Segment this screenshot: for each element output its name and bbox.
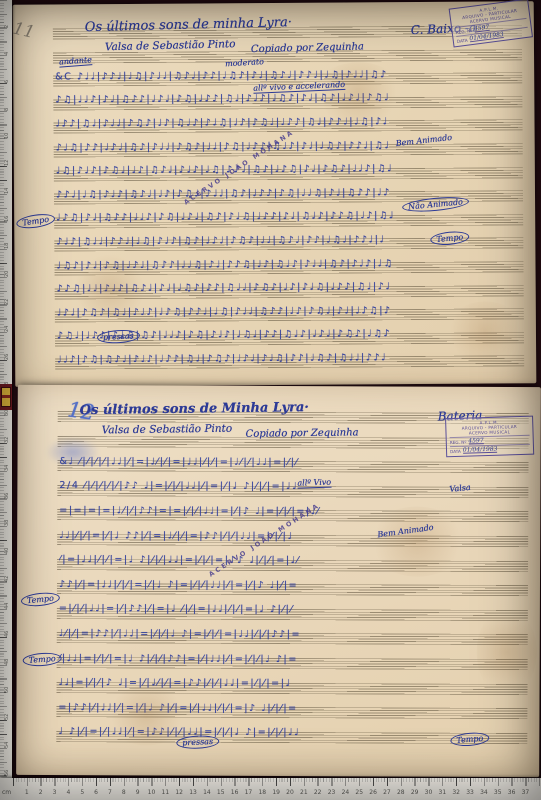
ruler-number: 34 [480, 789, 488, 796]
ruler-number: 29 [411, 789, 419, 796]
ruler-number: 30 [425, 789, 433, 796]
handwritten-notation: ♩♪♫|♪♩|♫♪♪|♩♩♪|♪♫|♩♪♩|♫♪|♪♩♫|♩♪♪|♪♩|♫♩♪|… [56, 210, 525, 224]
ruler-number: 32 [452, 789, 460, 796]
ruler-number: 8 [122, 789, 126, 796]
ruler-number: 21 [300, 789, 308, 796]
ruler-number: 52 [4, 714, 10, 720]
staff: ♪♪♫|♩♩|♪♩♪|♫♪♩|♪♩|♩♫♪|♪♪|♫♩♩|♪♫♪|♩♪|♪♩♫|… [55, 285, 524, 299]
ruler-number: 7 [108, 789, 112, 796]
ruler-number: 12 [4, 160, 10, 166]
ruler-number: 18 [258, 789, 266, 796]
ruler-number: 1 [25, 789, 29, 796]
ruler-number: 2 [4, 25, 10, 28]
ruler-number: 16 [4, 215, 10, 221]
staff: &♩ ⁄|⁄|⁄|⁄|♩♩|⁄|=|♩⁄|⁄|=|♩♩|⁄|⁄|=|♩⁄|⁄|♩… [57, 460, 528, 473]
handwritten-notation: ♪♪|⁄|=|♩♩|⁄|⁄|=|⁄|♩ ♪|=|⁄|⁄|♩♩|⁄|=|⁄|♪ ♩… [59, 579, 530, 592]
piece-title: Os últimos sons de Minha Lyra· [80, 400, 309, 418]
handwritten-notation: ⁄|=|♩♩|⁄|⁄|=|♩ ♪|⁄|⁄|♩♩|=|⁄|⁄|=|♪♪ ♩|⁄|⁄… [59, 554, 530, 567]
ruler-number: 27 [383, 789, 391, 796]
handwritten-notation: ♩⁄|⁄|=|♪♪|⁄|♩♩|=|⁄|⁄|♩ ♪|=|⁄|⁄|=|♩♩|⁄|⁄|… [59, 628, 530, 641]
ruler-number: 8 [4, 108, 10, 111]
staff: ⁄|=|♩♩|⁄|⁄|=|♩ ♪|⁄|⁄|♩♩|=|⁄|⁄|=|♪♪ ♩|⁄|⁄… [57, 559, 528, 572]
ruler-number: 6 [4, 80, 10, 83]
ruler-number: 25 [355, 789, 363, 796]
staff: ⁄|♩♩|=|⁄|⁄|=|♩ ♪|⁄|⁄|♪♪|=|⁄|♩♩|⁄|=|⁄|⁄|♩… [57, 657, 528, 670]
ruler-number: 15 [217, 789, 225, 796]
ruler-number: 19 [272, 789, 280, 796]
ruler-number: 22 [314, 789, 322, 796]
handwritten-notation: =|♪♪|⁄|♩♩|⁄|=|⁄|♩ ♪|⁄|=|⁄|♩♩|⁄|⁄|=|♪ ♩|⁄… [58, 702, 529, 715]
blue-pencil-smudge [45, 437, 100, 467]
ruler-number: 2 [39, 789, 43, 796]
staff: ♪♩♫|♪♪|♩♪♩|♫♪|♪♩♩|♪♫♪|♩♩|♪♫|♩♪♪|♫♩♪|♪♩|♩… [54, 143, 523, 157]
ruler-color-patch [0, 384, 12, 410]
staff: ♩♪♫|♪♩|♫♪♪|♩♩♪|♪♫|♩♪♩|♫♪|♪♩♫|♩♪♪|♪♩|♫♩♪|… [54, 214, 523, 228]
ruler-number: 24 [4, 326, 10, 332]
staff: ♪♪|⁄|=|♩♩|⁄|⁄|=|⁄|♩ ♪|=|⁄|⁄|♩♩|⁄|=|⁄|♪ ♩… [57, 583, 528, 596]
ruler-number: 36 [4, 492, 10, 498]
handwritten-notation: ♪♫|♩♩♪|♪♩|♫♪♪|♩♪♩|♪♫|♩♪♪|♫♩|♪♩♪|♩♫♪|♪♩|♫… [55, 92, 524, 106]
ruler-number: 44 [4, 603, 10, 609]
ruler-number: 10 [148, 789, 156, 796]
ruler-number: 31 [439, 789, 447, 796]
ruler-number: 33 [466, 789, 474, 796]
ruler-number: 42 [4, 575, 10, 581]
staff: ♩♩♪|♪♫|♫♪♩|♪♩♪|♩♪♪|♫♩|♪♫♪|♩♪♩|♪♩♫|♪♪|♩♫♪… [55, 356, 524, 370]
ruler-number: 35 [494, 789, 502, 796]
ruler-number: 28 [397, 789, 405, 796]
ruler-number: 20 [286, 789, 294, 796]
staff: ♩⁄|⁄|=|♪♪|⁄|♩♩|=|⁄|⁄|♩ ♪|=|⁄|⁄|=|♩♩|⁄|⁄|… [57, 632, 528, 645]
ruler-number: 9 [136, 789, 140, 796]
staff: ♩♪♩|♪♫♪|♫♩|♪♩♪|♩♪♫|♪♪♩|♩♫|♪♩♩|♫♪♪|♩♪|♪♫♩… [55, 308, 524, 322]
ruler-number: 30 [4, 409, 10, 415]
ruler-unit-label: cm [2, 789, 11, 796]
staff: =|⁄|⁄|♩♩|=|⁄|♪♪|⁄|=|♩ ⁄|⁄|=|♩♩|⁄|⁄|=|♩ ♪… [57, 608, 528, 621]
ruler-number: 3 [53, 789, 57, 796]
ruler-number: 48 [4, 658, 10, 664]
handwritten-notation: ♪♩♫|♪♪|♩♪♩|♫♪|♪♩♩|♪♫♪|♩♩|♪♫|♩♪♪|♫♩♪|♪♩|♩… [56, 139, 525, 153]
ruler-number: 10 [4, 132, 10, 138]
handwritten-notation: ⁄|♩♩|=|⁄|⁄|=|♩ ♪|⁄|⁄|♪♪|=|⁄|♩♩|⁄|=|⁄|⁄|♩… [59, 653, 530, 666]
handwritten-notation: ♪♪♫|♩♩|♪♩♪|♫♪♩|♪♩|♩♫♪|♪♪|♫♩♩|♪♫♪|♩♪|♪♩♫|… [57, 280, 526, 294]
ruler-number: 12 [175, 789, 183, 796]
handwritten-notation: ♩♫|♪♩♪|♪♫♩|♩♪|♫♪♩|♪♩♪|♩♫|♪♪♩|♫♪|♩♪♫|♪♩|♪… [56, 162, 525, 176]
ruler-number: 11 [162, 789, 170, 796]
ruler-number: 18 [4, 243, 10, 249]
staff: ♩♩|=|⁄|⁄|♪ ♩|=|⁄|♩⁄|⁄|=|♪♪|⁄|⁄|♩♩|=|⁄|⁄|… [57, 682, 528, 695]
ruler-number: 50 [4, 686, 10, 692]
handwritten-notation: ♩♩|=|⁄|⁄|♪ ♩|=|⁄|♩⁄|⁄|=|♪♪|⁄|⁄|♩♩|=|⁄|⁄|… [59, 677, 530, 690]
archive-stamp-box: A.P.L.M. ARQUIVO - PARTICULAR ACERVO MUS… [445, 416, 534, 458]
stamp-reg-label: REG. Nº [450, 440, 467, 446]
ruler-number: 34 [4, 465, 10, 471]
staff: ♩♫|♪♩♪|♪♫♩|♩♪|♫♪♩|♪♩♪|♩♫|♪♪♩|♫♪|♩♪♫|♪♩|♪… [54, 167, 523, 181]
staff: =|♪♪|⁄|♩♩|⁄|=|⁄|♩ ♪|⁄|=|⁄|♩♩|⁄|⁄|=|♪ ♩|⁄… [56, 706, 527, 719]
ruler-number: 26 [4, 354, 10, 360]
handwritten-notation: =|⁄|⁄|♩♩|=|⁄|♪♪|⁄|=|♩ ⁄|⁄|=|♩♩|⁄|⁄|=|♩ ♪… [59, 603, 530, 616]
ruler-number: 46 [4, 631, 10, 637]
stamp-date-label: DATA [450, 449, 461, 454]
horizontal-cm-ruler: cm12345678910111213141516171819202122232… [0, 778, 541, 800]
ruler-number: 36 [508, 789, 516, 796]
handwritten-notation: ♩♫♪|♪♩|♪♫|♩♪♩|♫♪♪|♩♩♫|♪♩|♪♪♫|♩♪|♫♩♪|♪♩♩|… [56, 257, 525, 271]
ruler-number: 54 [4, 742, 10, 748]
ruler-number: 6 [94, 789, 98, 796]
ruler-number: 40 [4, 548, 10, 554]
copyist-credit: Copiado por Zequinha [246, 427, 359, 439]
staff: ♩♫♪|♪♩|♪♫|♩♪♩|♫♪♪|♩♩♫|♪♩|♪♪♫|♩♪|♫♩♪|♪♩♩|… [54, 261, 523, 275]
ruler-number: 24 [342, 789, 350, 796]
photographed-manuscript-scene: &C ♪♩♩|♪♪♩|♩♫|♪♩♩|♫♪♩|♪♪|♩♫♪|♪♩|♫♪♩|♪♪♩|… [0, 0, 541, 800]
stamp-date-value: 01/04/1983 [469, 32, 504, 42]
ruler-number: 56 [4, 769, 10, 775]
ruler-number: 23 [328, 789, 336, 796]
ruler-number: 17 [245, 789, 253, 796]
ruler-number: 20 [4, 271, 10, 277]
stamp-date-label: DATA [457, 38, 468, 44]
color-patch-emblem [1, 387, 11, 407]
ruler-number: 13 [189, 789, 197, 796]
stamp-reg-value: 4597 [468, 438, 483, 444]
staff: ♩♩|⁄|⁄|=|⁄|♩ ♪♪|⁄|=|♩⁄|⁄|=|♪♪|⁄|⁄|♩♩|=|⁄… [57, 534, 528, 547]
ruler-number: 14 [203, 789, 211, 796]
ruler-number: 22 [4, 298, 10, 304]
handwritten-notation: ♩♩♪|♪♫|♫♪♩|♪♩♪|♩♪♪|♫♩|♪♫♪|♩♪♩|♪♩♫|♪♪|♩♫♪… [57, 351, 526, 365]
manuscript-page-1: &C ♪♩♩|♪♪♩|♩♫|♪♩♩|♫♪♩|♪♪|♩♫♪|♪♩|♫♪♩|♪♪♩|… [13, 1, 537, 387]
ruler-number: 37 [522, 789, 530, 796]
handwritten-notation: &C ♪♩♩|♪♪♩|♩♫|♪♩♩|♫♪♩|♪♪|♩♫♪|♪♩|♫♪♩|♪♪♩|… [55, 68, 524, 82]
ruler-number: 38 [4, 520, 10, 526]
piece-subtitle: Valsa de Sebastião Pinto [102, 423, 233, 437]
handwritten-notation: &♩ ⁄|⁄|⁄|⁄|♩♩|⁄|=|♩⁄|⁄|=|♩♩|⁄|⁄|=|♩⁄|⁄|♩… [59, 456, 530, 469]
ruler-number: 16 [231, 789, 239, 796]
tempo-annotation: allº Vivo [297, 478, 331, 489]
ruler-tick-marks [13, 778, 541, 787]
ruler-number: 4 [66, 789, 70, 796]
handwritten-notation: ♩♩|⁄|⁄|=|⁄|♩ ♪♪|⁄|=|♩⁄|⁄|=|♪♪|⁄|⁄|♩♩|=|⁄… [59, 530, 530, 543]
ruler-number: 4 [4, 52, 10, 55]
handwritten-notation: ♩♪♩|♪♫♪|♫♩|♪♩♪|♩♪♫|♪♪♩|♩♫|♪♩♩|♫♪♪|♩♪|♪♫♩… [57, 304, 526, 318]
ruler-number: 26 [369, 789, 377, 796]
ruler-number: 32 [4, 437, 10, 443]
manuscript-page-2: &♩ ⁄|⁄|⁄|⁄|♩♩|⁄|=|♩⁄|⁄|=|♩♩|⁄|⁄|=|♩⁄|⁄|♩… [16, 385, 541, 777]
stamp-date-value: 01/04/1983 [463, 447, 498, 454]
staff: ♪♫|♩♩♪|♪♩|♫♪♪|♩♪♩|♪♫|♩♪♪|♫♩|♪♩♪|♩♫♪|♪♩|♫… [53, 96, 522, 110]
ruler-number: 14 [4, 188, 10, 194]
ruler-number: 5 [80, 789, 84, 796]
